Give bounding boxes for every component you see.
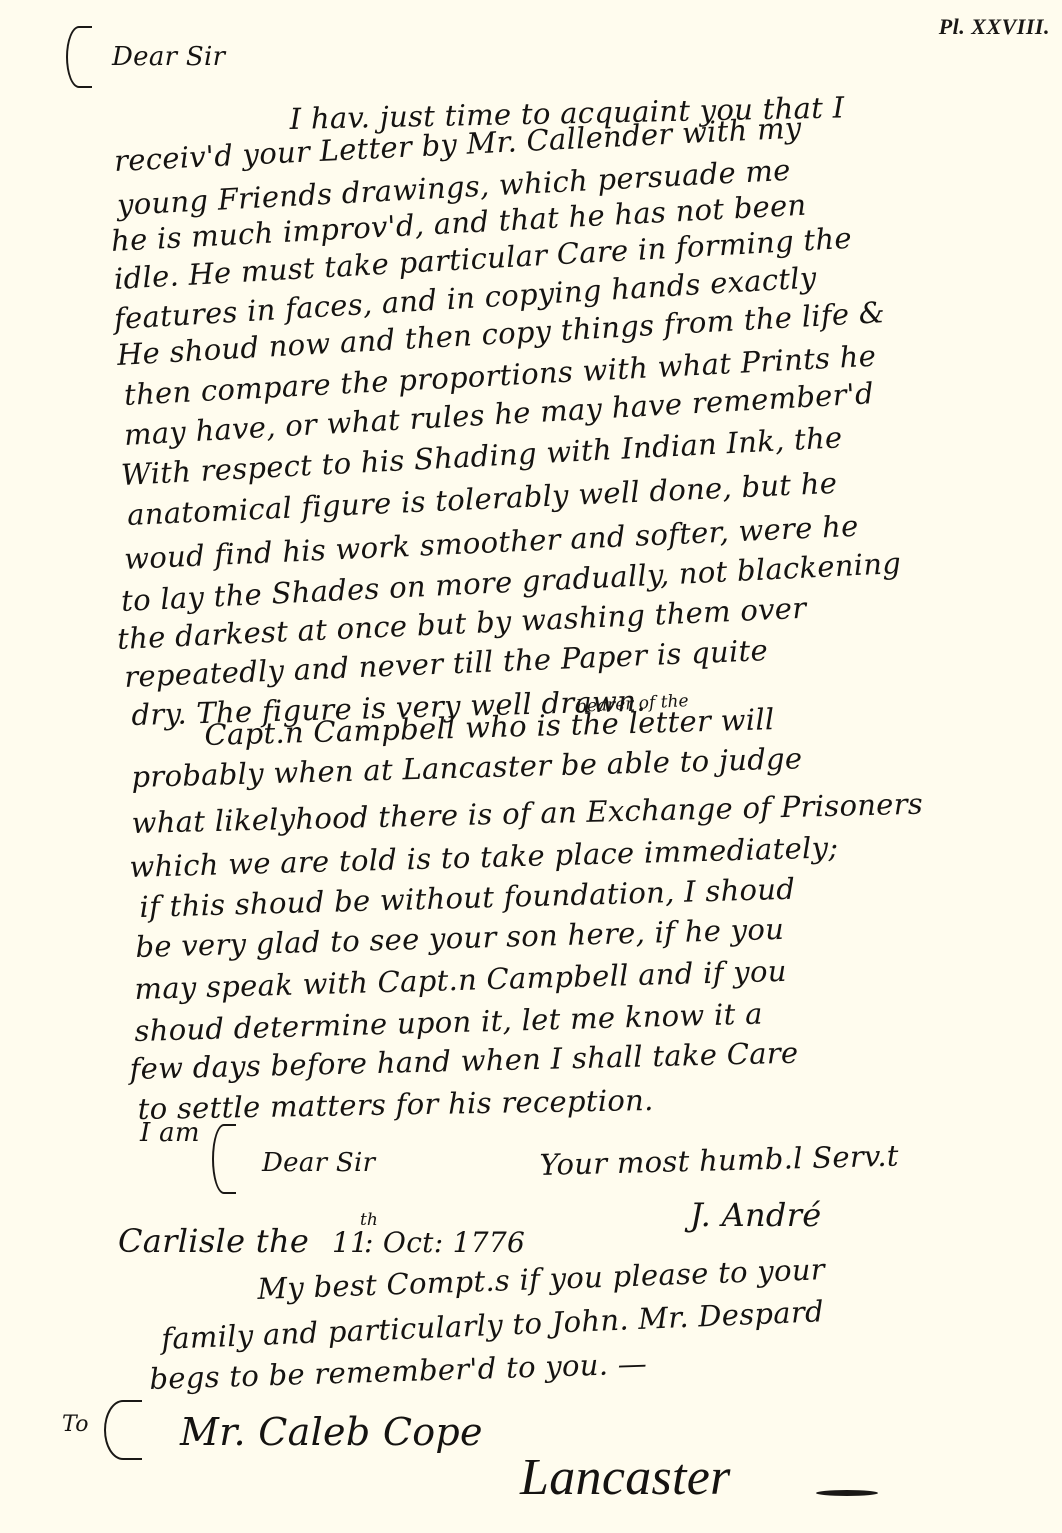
address-flourish-icon [104, 1400, 142, 1460]
signature: J. André [690, 1196, 822, 1234]
dateline-place: Carlisle the [118, 1222, 309, 1260]
salutation: Dear Sir [112, 42, 225, 72]
dateline-day: 11 [332, 1226, 368, 1259]
closing-i-am: I am [140, 1118, 200, 1148]
closing-flourish-icon [212, 1124, 236, 1194]
postscript-line-3: begs to be remember'd to you. — [149, 1346, 648, 1396]
body-line-26: to settle matters for his reception. [137, 1083, 653, 1126]
address-underline-dash [816, 1490, 878, 1496]
letter-page: Pl. XXVIII. Dear Sir I hav. just time to… [0, 0, 1062, 1533]
address-place: Lancaster [520, 1448, 731, 1507]
plate-number: Pl. XXVIII. [939, 14, 1050, 40]
address-to: To [62, 1412, 89, 1437]
salutation-flourish-icon [66, 26, 92, 88]
dateline-rest: : Oct: 1776 [364, 1226, 525, 1259]
closing-dear-sir: Dear Sir [262, 1148, 375, 1178]
address-name: Mr. Caleb Cope [180, 1410, 483, 1454]
closing-your-servant: Your most humb.l Serv.t [539, 1139, 899, 1182]
